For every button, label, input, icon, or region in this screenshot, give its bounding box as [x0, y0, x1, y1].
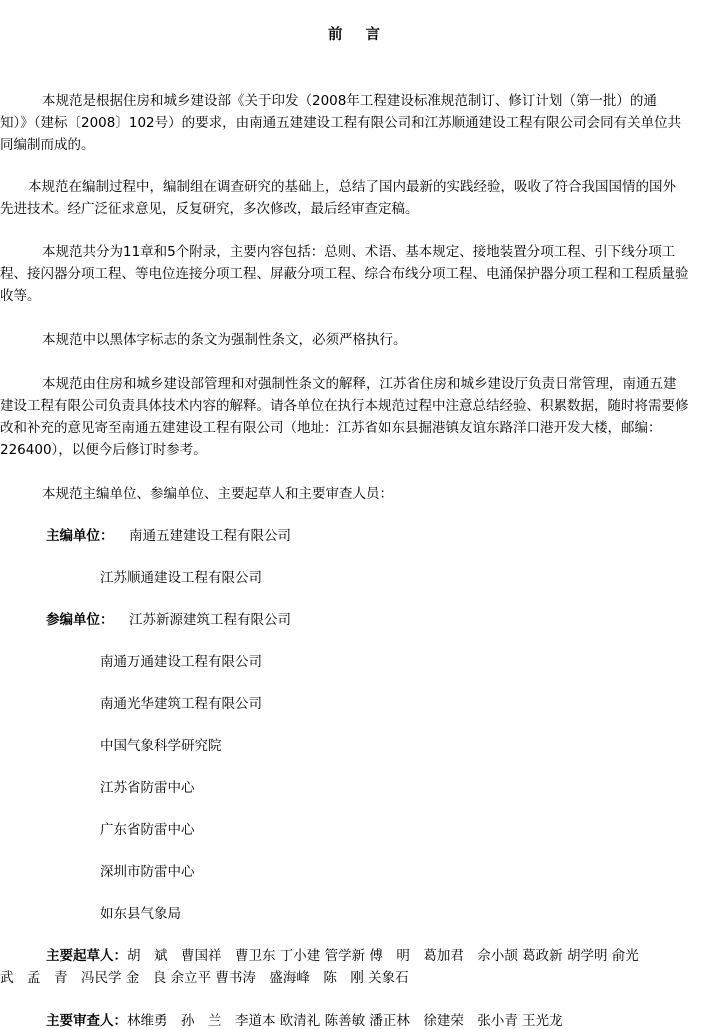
drafters-names: 胡 斌 曹国祥 曹卫东 丁小建 管学新 傅 明 葛加君 佘小颉 葛政新 胡学明 … — [127, 948, 639, 964]
paragraph-line: 本规范在编制过程中，编制组在调查研究的基础上，总结了国内最新的实践经验，吸收了符… — [0, 176, 717, 198]
participating-unit: 江苏省防雷中心 — [100, 777, 195, 799]
paragraph-background: 本规范是根据住房和城乡建设部《关于印发（2008年工程建设标准规范制订、修订计划… — [0, 90, 717, 156]
participating-unit: 深圳市防雷中心 — [100, 861, 195, 883]
paragraph-line: 收等。 — [0, 285, 717, 307]
paragraph-line: 226400），以便今后修订时参考。 — [0, 439, 717, 461]
paragraph-line: 先进技术。经广泛征求意见，反复研究，多次修改，最后经审查定稿。 — [0, 198, 717, 220]
paragraph-line: 本规范共分为11章和5个附录，主要内容包括：总则、术语、基本规定、接地装置分项工… — [0, 241, 717, 263]
paragraph-line: 本规范中以黑体字标志的条文为强制性条文，必须严格执行。 — [0, 329, 717, 351]
chief-units-label: 主编单位： — [46, 525, 114, 547]
drafters-line-1: 主要起草人：胡 斌 曹国祥 曹卫东 丁小建 管学新 傅 明 葛加君 佘小颉 葛政… — [46, 945, 639, 967]
paragraph-management: 本规范由住房和城乡建设部管理和对强制性条文的解释，江苏省住房和城乡建设厅负责日常… — [0, 373, 717, 461]
drafters-label: 主要起草人： — [46, 948, 127, 964]
paragraph-mandatory: 本规范中以黑体字标志的条文为强制性条文，必须严格执行。 — [0, 329, 717, 351]
paragraph-line: 本规范主编单位、参编单位、主要起草人和主要审查人员： — [0, 483, 717, 505]
paragraph-units-intro: 本规范主编单位、参编单位、主要起草人和主要审查人员： — [0, 483, 717, 505]
paragraph-line: 知）》（建标〔2008〕102号）的要求，由南通五建建设工程有限公司和江苏顺通建… — [0, 112, 717, 134]
participating-unit: 中国气象科学研究院 — [100, 735, 222, 757]
paragraph-line: 建设工程有限公司负责具体技术内容的解释。请各单位在执行本规范过程中注意总结经验、… — [0, 395, 717, 417]
drafters-line-2: 武 孟 青 冯民学 金 良 余立平 曹书涛 盛海峰 陈 刚 关象石 — [0, 967, 409, 989]
paragraph-line: 同编制而成的。 — [0, 134, 717, 156]
reviewers-label: 主要审查人： — [46, 1013, 127, 1029]
paragraph-compilation: 本规范在编制过程中，编制组在调查研究的基础上，总结了国内最新的实践经验，吸收了符… — [0, 176, 717, 220]
participating-unit: 如东县气象局 — [100, 903, 181, 925]
participating-unit: 江苏新源建筑工程有限公司 — [129, 609, 291, 631]
paragraph-contents: 本规范共分为11章和5个附录，主要内容包括：总则、术语、基本规定、接地装置分项工… — [0, 241, 717, 307]
paragraph-line: 本规范由住房和城乡建设部管理和对强制性条文的解释，江苏省住房和城乡建设厅负责日常… — [0, 373, 717, 395]
chief-unit: 南通五建建设工程有限公司 — [129, 525, 291, 547]
chief-unit: 江苏顺通建设工程有限公司 — [100, 567, 262, 589]
paragraph-line: 程、接闪器分项工程、等电位连接分项工程、屏蔽分项工程、综合布线分项工程、电涌保护… — [0, 263, 717, 285]
participating-unit: 广东省防雷中心 — [100, 819, 195, 841]
reviewers-line: 主要审查人：林维勇 孙 兰 李道本 欧清礼 陈善敏 潘正林 徐建荣 张小青 王光… — [46, 1010, 563, 1029]
participating-unit: 南通光华建筑工程有限公司 — [100, 693, 262, 715]
paragraph-line: 本规范是根据住房和城乡建设部《关于印发（2008年工程建设标准规范制订、修订计划… — [0, 90, 717, 112]
participating-unit: 南通万通建设工程有限公司 — [100, 651, 262, 673]
paragraph-line: 改和补充的意见寄至南通五建建设工程有限公司（地址：江苏省如东县掘港镇友谊东路洋口… — [0, 417, 717, 439]
page-title: 前 言 — [0, 24, 717, 46]
reviewers-names: 林维勇 孙 兰 李道本 欧清礼 陈善敏 潘正林 徐建荣 张小青 王光龙 — [127, 1013, 563, 1029]
participating-units-label: 参编单位： — [46, 609, 114, 631]
